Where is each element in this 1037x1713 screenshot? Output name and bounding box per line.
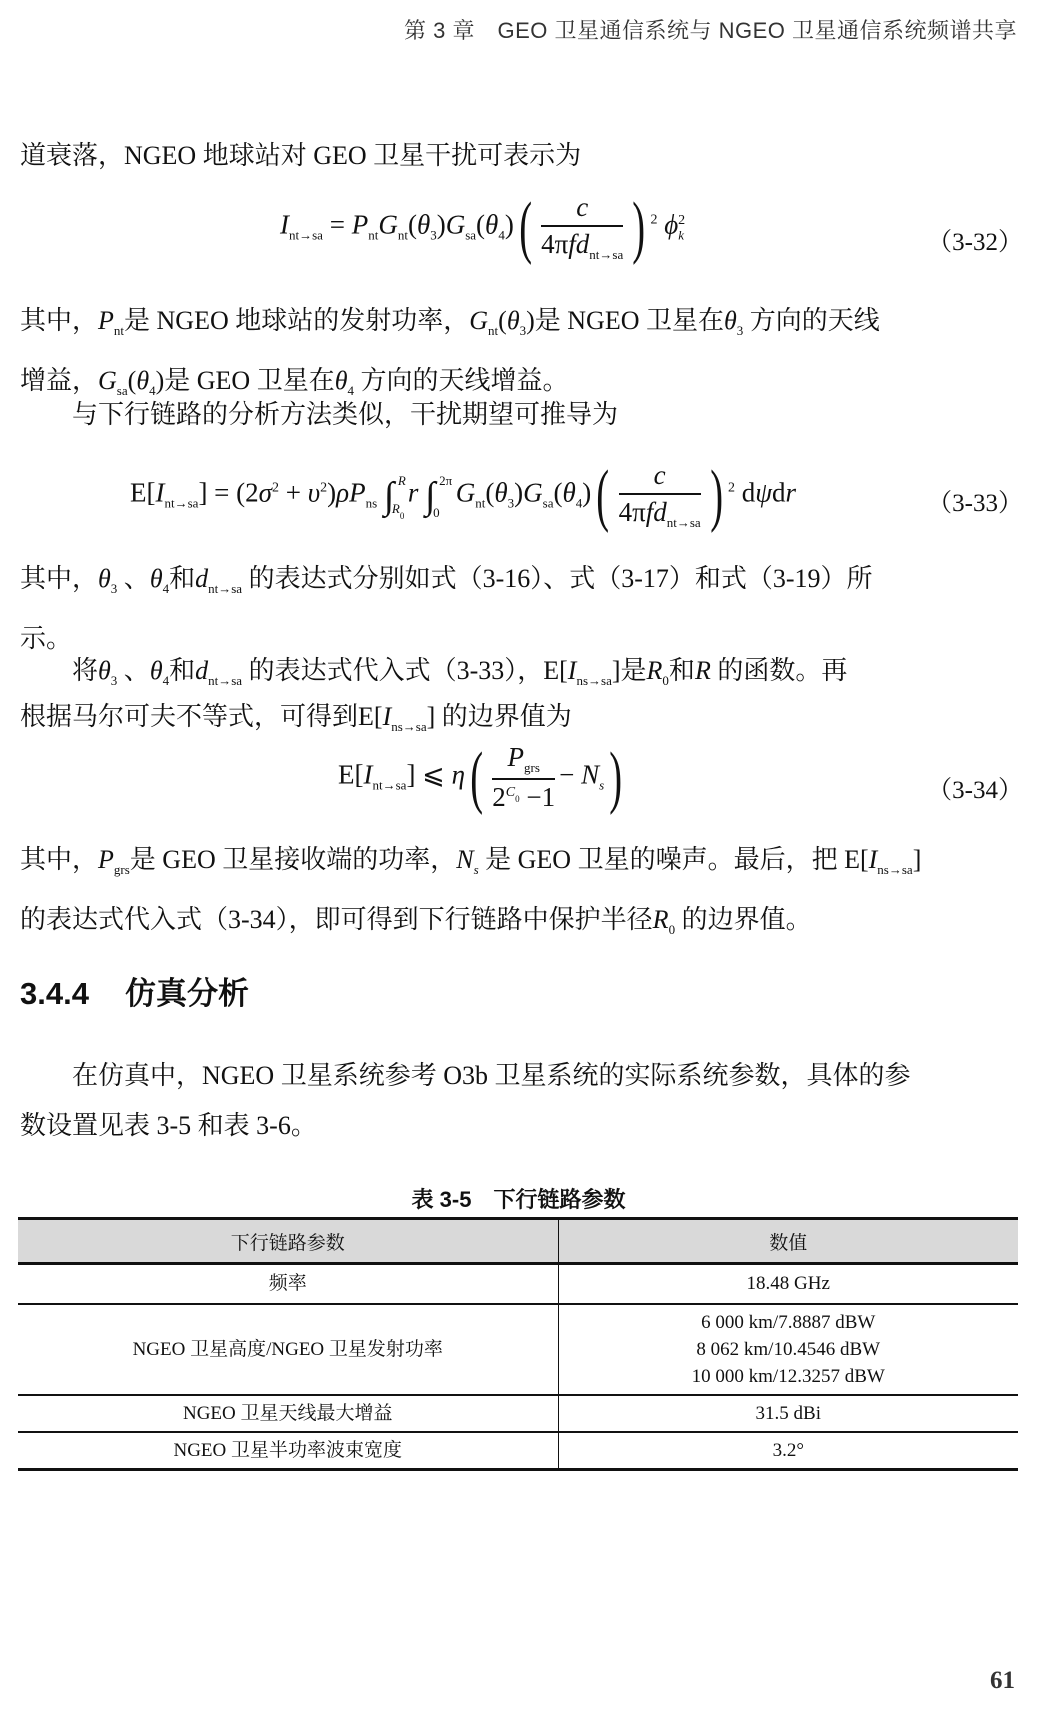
param-cell: NGEO 卫星半功率波束宽度 xyxy=(18,1432,558,1470)
value-cell: 31.5 dBi xyxy=(558,1395,1018,1432)
equation-3-34: E[Int→sa] ⩽ η(Pgrs2C0 −1− Ns) xyxy=(338,742,627,813)
value-cell: 3.2° xyxy=(558,1432,1018,1470)
paragraph: 其中，Pgrs是 GEO 卫星接收端的功率，Ns 是 GEO 卫星的噪声。最后，… xyxy=(20,835,1020,955)
section-number: 3.4.4 xyxy=(20,976,89,1011)
value-cell: 18.48 GHz xyxy=(558,1264,1018,1304)
table-caption: 表 3-5 下行链路参数 xyxy=(0,1183,1037,1214)
equation-number: （3-32） xyxy=(927,222,1023,258)
param-cell: 频率 xyxy=(18,1264,558,1304)
table-header-row: 下行链路参数 数值 xyxy=(18,1219,1018,1264)
equation-number: （3-34） xyxy=(927,770,1023,806)
equation-3-32: Int→sa = PntGnt(θ3)Gsa(θ4)(c4πfdnt→sa)2 … xyxy=(280,192,685,263)
column-header: 下行链路参数 xyxy=(18,1219,558,1264)
section-heading: 3.4.4仿真分析 xyxy=(20,968,249,1013)
value-cell: 6 000 km/7.8887 dBW 8 062 km/10.4546 dBW… xyxy=(558,1304,1018,1395)
parameter-table: 下行链路参数 数值 频率 18.48 GHz NGEO 卫星高度/NGEO 卫星… xyxy=(18,1217,1018,1471)
running-header: 第 3 章 GEO 卫星通信系统与 NGEO 卫星通信系统频谱共享 xyxy=(404,14,1017,45)
section-title: 仿真分析 xyxy=(125,976,249,1011)
table-row: 频率 18.48 GHz xyxy=(18,1264,1018,1304)
table-row: NGEO 卫星天线最大增益 31.5 dBi xyxy=(18,1395,1018,1432)
paragraph: 在仿真中，NGEO 卫星系统参考 O3b 卫星系统的实际系统参数，具体的参 数设… xyxy=(20,1051,1020,1151)
table-row: NGEO 卫星高度/NGEO 卫星发射功率 6 000 km/7.8887 dB… xyxy=(18,1304,1018,1395)
page-number: 61 xyxy=(990,1667,1015,1695)
value-line: 8 062 km/10.4546 dBW xyxy=(559,1336,1019,1363)
value-line: 10 000 km/12.3257 dBW xyxy=(559,1363,1019,1390)
equation-3-33: E[Int→sa] = (2σ2 + υ2)ρPns ∫RR0 r ∫2π0 G… xyxy=(130,460,796,531)
column-header: 数值 xyxy=(558,1219,1018,1264)
table-row: NGEO 卫星半功率波束宽度 3.2° xyxy=(18,1432,1018,1470)
param-cell: NGEO 卫星高度/NGEO 卫星发射功率 xyxy=(18,1304,558,1395)
param-cell: NGEO 卫星天线最大增益 xyxy=(18,1395,558,1432)
equation-number: （3-33） xyxy=(927,483,1023,519)
paragraph: 道衰落，NGEO 地球站对 GEO 卫星干扰可表示为 xyxy=(20,131,1020,181)
paragraph: 与下行链路的分析方法类似，干扰期望可推导为 xyxy=(20,390,1037,440)
value-line: 6 000 km/7.8887 dBW xyxy=(559,1309,1019,1336)
